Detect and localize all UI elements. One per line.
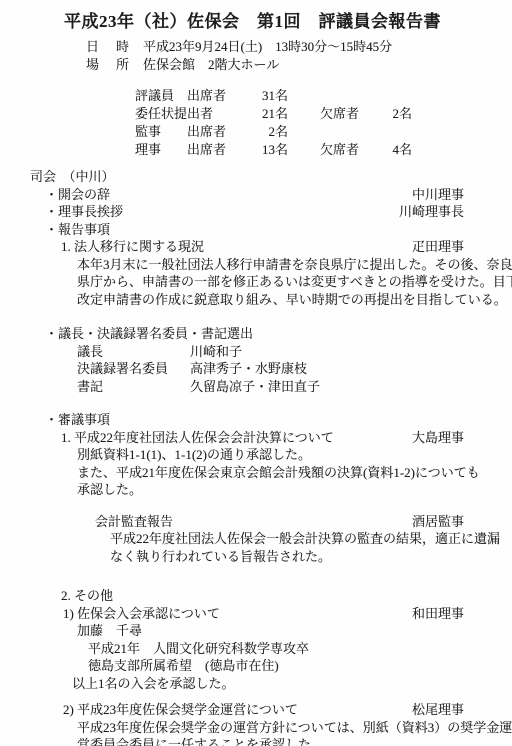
election-names: 久留島凉子・津田直子 (190, 378, 512, 396)
place-value: 佐保会館 2階大ホール (143, 56, 279, 74)
item1-body-line: 承認した。 (0, 481, 512, 499)
attendance-absent-label (288, 123, 364, 141)
place-row: 場 所 佐保会館 2階大ホール (86, 56, 512, 74)
item2-2-body-line: 平成23年度佐保会奨学金の運営方針については、別紙（資料3）の奨学金運 (0, 719, 512, 737)
item2-2-title-line: 2) 平成23年度佐保会奨学金運営について 松尾理事 (0, 701, 512, 719)
member-name-line: 加藤 千尋 (0, 622, 512, 640)
attendance-table: 評議員 出席者 31名 委任状提出者 21名 欠席者 2名 監事 出席者 2名 … (135, 87, 512, 159)
attendance-absent-label: 欠席者 (288, 105, 364, 123)
item1-speaker: 大島理事 (412, 429, 464, 447)
attendance-absent-count (364, 123, 412, 141)
audit-body-line: なく執り行われている旨報告された。 (0, 548, 512, 566)
greeting-speaker: 川崎理事長 (399, 203, 464, 221)
election-heading: ・議長・決議録署名委員・書記選出 (0, 325, 512, 343)
other-heading: 2. その他 (0, 587, 512, 605)
audit-body-line: 平成22年度社団法人佐保会一般会計決算の監査の結果，適正に遺漏 (0, 530, 512, 548)
attendance-row: 委任状提出者 21名 欠席者 2名 (135, 105, 512, 123)
deliberation-heading: ・審議事項 (0, 411, 512, 429)
item2-1-title-line: 1) 佐保会入会承認について 和田理事 (0, 605, 512, 623)
report1-title-line: 1. 法人移行に関する現況 疋田理事 (0, 238, 512, 256)
report1-speaker: 疋田理事 (412, 238, 464, 256)
member-detail-line: 徳島支部所属希望 (徳島市在住) (0, 657, 512, 675)
document-title: 平成23年（社）佐保会 第1回 評議員会報告書 (64, 11, 512, 33)
greeting-text: ・理事長挨拶 (45, 203, 123, 221)
attendance-row: 理事 出席者 13名 欠席者 4名 (135, 141, 512, 159)
audit-speaker: 酒居監事 (412, 513, 464, 531)
datetime-row: 日 時 平成23年9月24日(土) 13時30分～15時45分 (86, 38, 512, 56)
meta-block: 日 時 平成23年9月24日(土) 13時30分～15時45分 場 所 佐保会館… (86, 38, 512, 74)
attendance-count: 13名 (248, 141, 288, 159)
attendance-count: 21名 (248, 105, 288, 123)
report1-body-line: 改定申請書の作成に鋭意取り組み、早い時期での再提出を目指している。 (0, 291, 512, 309)
item1-body-line: 別紙資料1-1(1)、1-1(2)の通り承認した。 (0, 446, 512, 464)
place-label: 場 所 (86, 56, 131, 74)
report-heading: ・報告事項 (0, 221, 512, 239)
attendance-role: 評議員 出席者 (135, 87, 248, 105)
report-document: 平成23年（社）佐保会 第1回 評議員会報告書 日 時 平成23年9月24日(土… (0, 0, 512, 746)
opening-text: ・開会の辞 (45, 186, 110, 204)
report1-body-line: 本年3月末に一般社団法人移行申請書を奈良県庁に提出した。その後、奈良 (0, 256, 512, 274)
report1-body-line: 県庁から、申請書の一部を修正あるいは変更すべきとの指導を受けた。目下、 (0, 273, 512, 291)
item2-2-title: 2) 平成23年度佐保会奨学金運営について (63, 701, 298, 719)
attendance-count: 2名 (248, 123, 288, 141)
election-row: 決議録署名委員 高津秀子・水野康枝 (0, 360, 512, 378)
datetime-label: 日 時 (86, 38, 131, 56)
datetime-value: 平成23年9月24日(土) 13時30分～15時45分 (143, 38, 392, 56)
election-role: 議長 (77, 343, 190, 361)
member-detail-line: 平成21年 人間文化研究科数学専攻卒 (0, 640, 512, 658)
audit-title: 会計監査報告 (95, 513, 173, 531)
election-role: 決議録署名委員 (77, 360, 190, 378)
item2-1-speaker: 和田理事 (412, 605, 464, 623)
item2-2-speaker: 松尾理事 (412, 701, 464, 719)
attendance-row: 監事 出席者 2名 (135, 123, 512, 141)
item1-title-line: 1. 平成22年度社団法人佐保会会計決算について 大島理事 (0, 429, 512, 447)
attendance-absent-count: 2名 (364, 105, 412, 123)
attendance-absent-label (288, 87, 364, 105)
opening-speaker: 中川理事 (412, 186, 464, 204)
item2-2-body-line: 営委員会委員に一任することを承認した。 (0, 736, 512, 746)
report1-title: 1. 法人移行に関する現況 (61, 238, 204, 256)
item2-1-title: 1) 佐保会入会承認について (63, 605, 220, 623)
election-role: 書記 (77, 378, 190, 396)
attendance-absent-count (364, 87, 412, 105)
attendance-row: 評議員 出席者 31名 (135, 87, 512, 105)
attendance-absent-count: 4名 (364, 141, 412, 159)
attendance-role: 理事 出席者 (135, 141, 248, 159)
election-names: 川崎和子 (190, 343, 512, 361)
audit-title-line: 会計監査報告 酒居監事 (0, 513, 512, 531)
item1-title: 1. 平成22年度社団法人佐保会会計決算について (61, 429, 334, 447)
attendance-role: 委任状提出者 (135, 105, 248, 123)
item2-1-conclusion: 以上1名の入会を承認した。 (0, 675, 512, 693)
election-row: 書記 久留島凉子・津田直子 (0, 378, 512, 396)
opening-line: ・開会の辞 中川理事 (0, 186, 512, 204)
attendance-absent-label: 欠席者 (288, 141, 364, 159)
election-names: 高津秀子・水野康枝 (190, 360, 512, 378)
election-row: 議長 川崎和子 (0, 343, 512, 361)
attendance-count: 31名 (248, 87, 288, 105)
item1-body-line: また、平成21年度佐保会東京会館会計残額の決算(資料1-2)についても (0, 464, 512, 482)
moderator-line: 司会 （中川） (0, 168, 512, 186)
attendance-role: 監事 出席者 (135, 123, 248, 141)
greeting-line: ・理事長挨拶 川崎理事長 (0, 203, 512, 221)
